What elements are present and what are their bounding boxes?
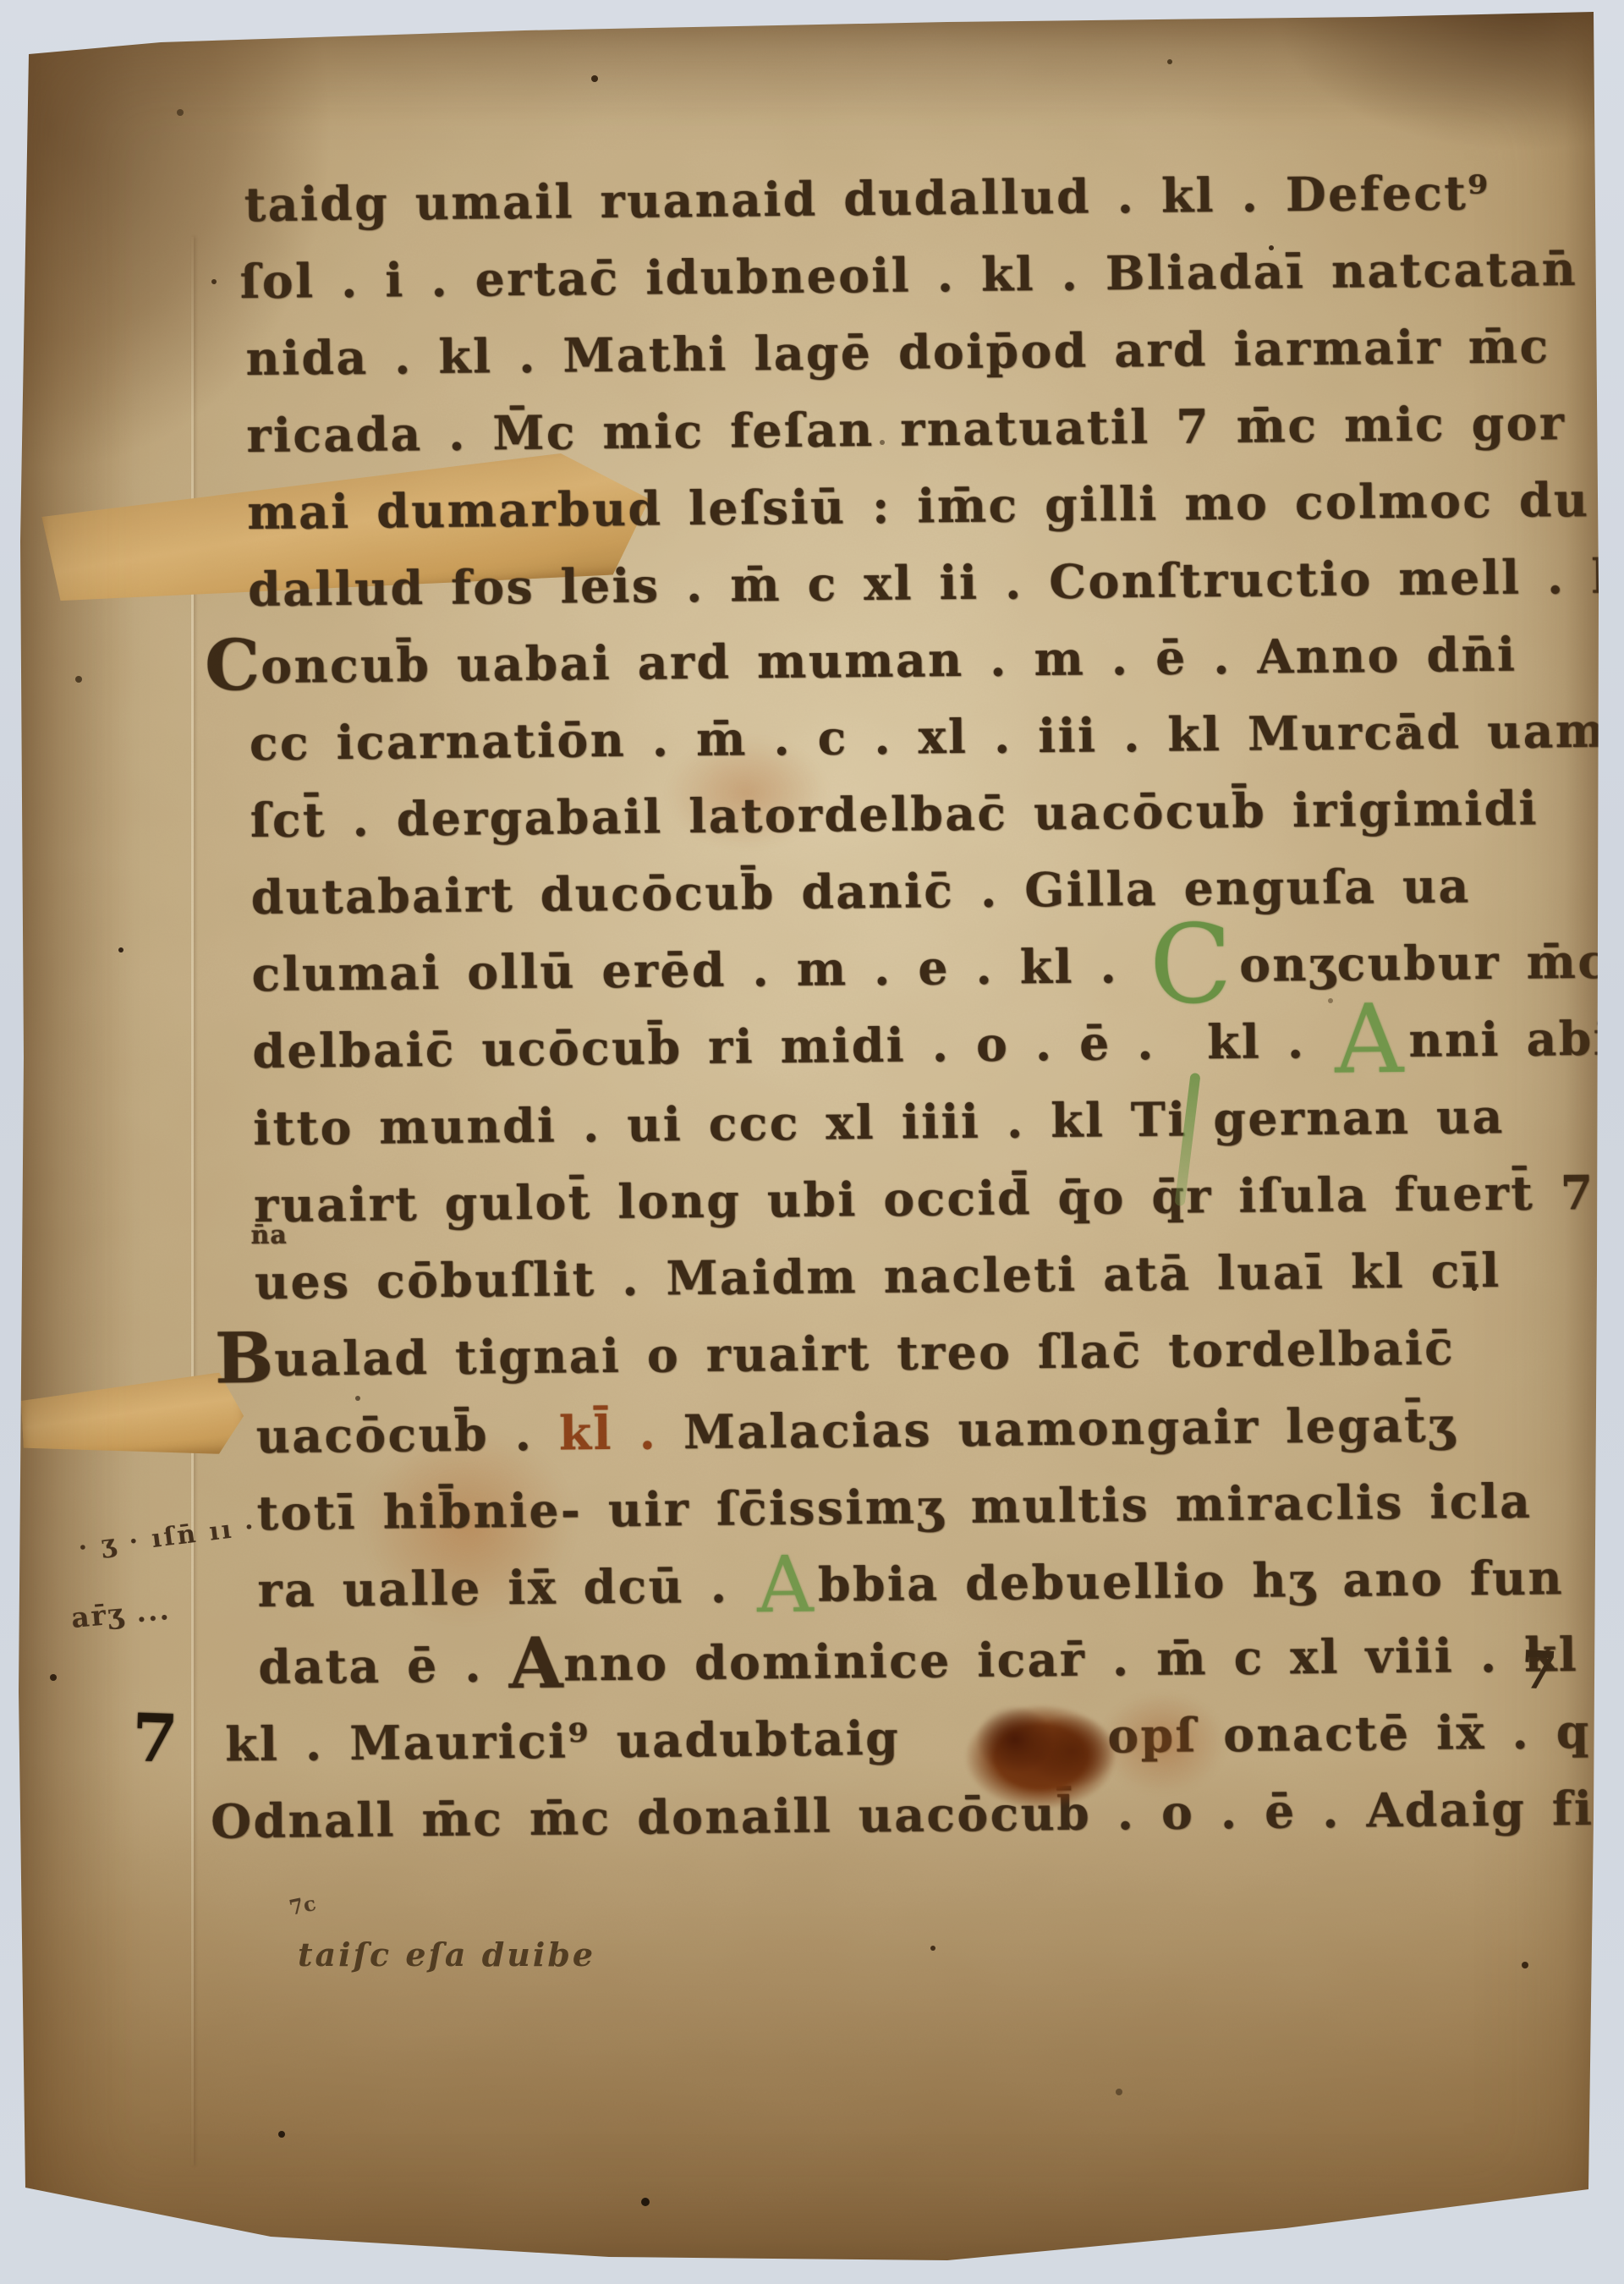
illuminated-initial: A: [757, 1546, 816, 1624]
fold-crease: [191, 237, 194, 2166]
text-line: itto mundi . ui ccc xl iiii . kl Ti gern…: [253, 1077, 1587, 1167]
text-segment: ues cōbuſlit . Maidm nacleti atā luaī kl…: [255, 1243, 1501, 1309]
text-segment: [900, 1708, 1108, 1765]
text-line: dallud fos leis . m̄ c xl ii . Conſtruct…: [248, 538, 1582, 628]
right-margin-et-sign: 7: [1519, 1639, 1559, 1702]
text-line: cc icarnatiōn . m̄ . c . xl . iii . kl M…: [250, 692, 1583, 782]
text-segment: kl̄ .: [559, 1404, 684, 1460]
text-segment: bbia debuellio hʒ ano fun: [818, 1550, 1565, 1611]
text-block: taidg umail ruanaid dudallud . kl . Defe…: [244, 153, 1593, 1859]
text-segment: clumai ollū erēd . m . e . kl .: [251, 938, 1144, 1002]
text-line: ruairt gulot̄ long ubi occid̄ q̄o q̄r iſ…: [254, 1154, 1588, 1244]
illuminated-initial: A: [1335, 1002, 1406, 1079]
text-segment: ra ualle ix̄ dcū .: [257, 1557, 754, 1617]
text-line: ricada . M̄c mic feſan rnatuatil 7 m̄c m…: [246, 384, 1580, 474]
text-line: n̄aues cōbuſlit . Maidm nacleti atā luaī…: [255, 1231, 1588, 1320]
parchment-leaf: taidg umail ruanaid dudallud . kl . Defe…: [0, 0, 1624, 2284]
text-segment: totī hib̄nie- uir ſc̄issimʒ multis mirac…: [256, 1474, 1532, 1540]
text-segment: nni abi: [1408, 1011, 1613, 1068]
interlinear-note: n̄a: [250, 1223, 288, 1249]
text-line: delbaic̄ ucōcub̄ ri midi . o . ē . kl . …: [252, 1000, 1586, 1090]
text-segment: itto mundi . ui ccc xl iiii . kl Ti gern…: [253, 1089, 1505, 1156]
text-line: ſol . i . ertac̄ idubneoil . kl . Bliada…: [239, 230, 1578, 320]
illuminated-initial: C: [205, 628, 261, 706]
text-segment: dallud fos leis . m̄ c xl ii . Conſtruct…: [248, 548, 1624, 617]
text-segment: dutabairt ducōcub̄ danic̄ . Gilla enguſa…: [250, 858, 1471, 925]
text-line: dutabairt ducōcub̄ danic̄ . Gilla enguſa…: [250, 846, 1584, 936]
text-segment: nno dominice icar̄ . m̄ c xl viii . kl: [563, 1627, 1578, 1692]
text-segment: ſol . i . ertac̄ idubneoil . kl . Bliada…: [239, 241, 1577, 309]
text-segment: ricada . M̄c mic feſan rnatuatil 7 m̄c m…: [246, 395, 1566, 463]
text-line: Bualad tignai o ruairt treo ſlac̄ tordel…: [215, 1308, 1589, 1398]
text-segment: mai dumarbud leſsiū : im̄c gilli mo colm…: [247, 472, 1590, 540]
text-segment: kl . Maurici⁹ uadubtaig: [225, 1710, 900, 1772]
text-segment: oncub̄ uabai ard muman . m . ē . Anno dn…: [261, 627, 1517, 694]
text-line: Concub̄ uabai ard muman . m . ē . Anno d…: [205, 615, 1583, 706]
text-segment: data ē .: [258, 1637, 509, 1694]
left-margin-note: ar̄ʒ ...: [70, 1593, 172, 1634]
text-segment: taidg umail ruanaid dudallud . kl . Defe…: [244, 165, 1491, 232]
parchment-repair-tacket: [20, 1371, 246, 1464]
text-segment: ualad tignai o ruairt treo ſlac̄ tordelb…: [274, 1320, 1456, 1386]
text-line: Odnall m̄c m̄c donaill uacōcub̄ . o . ē …: [211, 1770, 1594, 1860]
text-segment: delbaic̄ ucōcub̄ ri midi . o . ē . kl .: [252, 1013, 1331, 1079]
text-segment: Malacias uamongair legat̄ʒ: [683, 1397, 1457, 1459]
bottom-note-mark: 7c: [287, 1891, 318, 1920]
text-line: totī hib̄nie- uir ſc̄issimʒ multis mirac…: [256, 1462, 1590, 1551]
text-segment: nida . kl . Mathi lagē doip̄od ard iarma…: [245, 318, 1550, 386]
illuminated-initial: C: [1149, 926, 1234, 1004]
text-line: ra ualle ix̄ dcū . Abbia debuellio hʒ an…: [257, 1539, 1591, 1628]
text-segment: cc icarnatiōn . m̄ . c . xl . iii . kl M…: [250, 702, 1624, 771]
text-line: kl . Maurici⁹ uadubtaig opſ onactē ix̄ .…: [225, 1693, 1593, 1783]
bottom-margin-note: taiſc eſa duibe: [298, 1935, 595, 1974]
left-margin-et-sign: 7: [130, 1699, 178, 1778]
text-segment: opſ onactē ix̄ . q .: [1107, 1703, 1624, 1763]
left-margin-note: · ʒ · ıſn̄ ıı ·: [77, 1512, 258, 1563]
text-line: mai dumarbud leſsiū : im̄c gilli mo colm…: [247, 461, 1581, 551]
text-segment: ſct̄ . dergabail latordelbac̄ uacōcub̄ i…: [250, 780, 1539, 848]
text-segment: Odnall m̄c m̄c donaill uacōcub̄ . o . ē …: [211, 1780, 1624, 1848]
manuscript-photo: taidg umail ruanaid dudallud . kl . Defe…: [0, 0, 1624, 2284]
illuminated-initial: B: [215, 1320, 275, 1398]
text-line: taidg umail ruanaid dudallud . kl . Defe…: [244, 153, 1577, 243]
text-segment: uacōcub̄ .: [256, 1406, 560, 1463]
text-line: nida . kl . Mathi lagē doip̄od ard iarma…: [245, 307, 1579, 397]
text-line: data ē . Anno dominice icar̄ . m̄ c xl v…: [258, 1616, 1592, 1705]
text-line: uacōcub̄ . kl̄ . Malacias uamongair lega…: [255, 1385, 1589, 1474]
illuminated-initial: A: [508, 1626, 563, 1704]
text-line: ſct̄ . dergabail latordelbac̄ uacōcub̄ i…: [250, 769, 1583, 859]
text-segment: ruairt gulot̄ long ubi occid̄ q̄o q̄r iſ…: [254, 1165, 1595, 1233]
text-segment: onʒcubur m̄ctor: [1239, 933, 1624, 992]
parchment-specks: [0, 0, 5, 5]
